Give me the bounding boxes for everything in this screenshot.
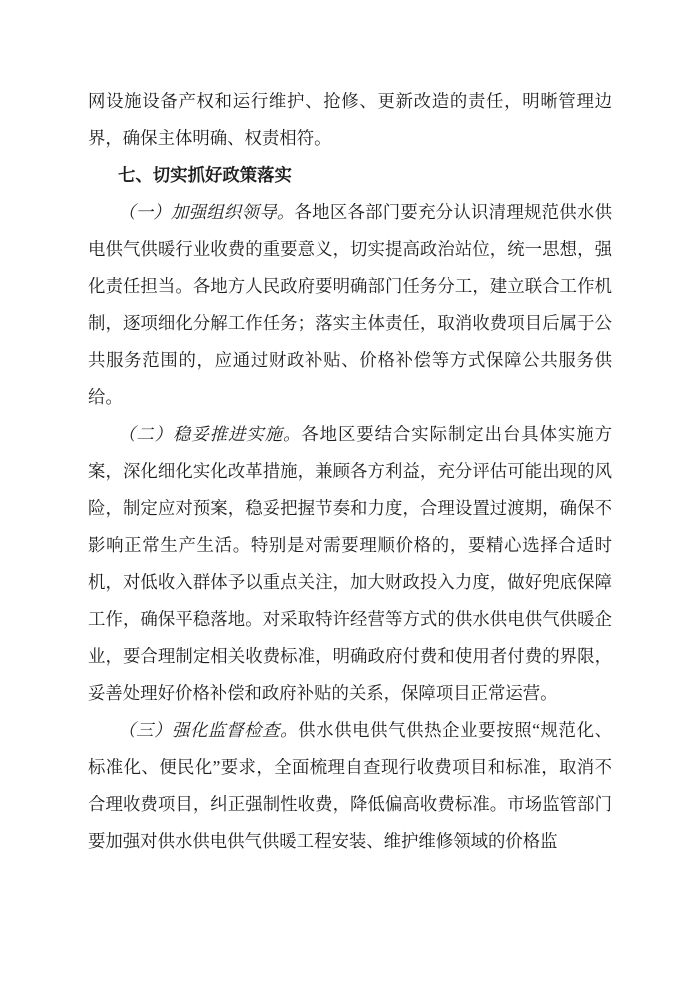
paragraph-lead: （二）稳妥推进实施。 (118, 424, 301, 444)
paragraph-lead: （一）加强组织领导。 (118, 202, 295, 222)
paragraph-clause-3: （三）强化监督检查。供水供电供气供热企业要按照“规范化、标准化、便民化”要求，全… (88, 712, 612, 860)
paragraph-lead: （三）强化监督检查。 (118, 720, 298, 740)
document-content: 网设施设备产权和运行维护、抢修、更新改造的责任，明晰管理边界，确保主体明确、权责… (88, 83, 612, 860)
paragraph-body: 各地区要结合实际制定出台具体实施方案，深化细化实化改革措施，兼顾各方利益，充分评… (88, 424, 612, 703)
section-heading: 七、切实抓好政策落实 (88, 157, 612, 194)
paragraph-clause-1: （一）加强组织领导。各地区各部门要充分认识清理规范供水供电供气供暖行业收费的重要… (88, 194, 612, 416)
paragraph-clause-2: （二）稳妥推进实施。各地区要结合实际制定出台具体实施方案，深化细化实化改革措施，… (88, 416, 612, 712)
paragraph-body: 各地区各部门要充分认识清理规范供水供电供气供暖行业收费的重要意义，切实提高政治站… (88, 202, 612, 407)
document-page: 网设施设备产权和运行维护、抢修、更新改造的责任，明晰管理边界，确保主体明确、权责… (0, 0, 700, 989)
paragraph-continuation: 网设施设备产权和运行维护、抢修、更新改造的责任，明晰管理边界，确保主体明确、权责… (88, 83, 612, 157)
